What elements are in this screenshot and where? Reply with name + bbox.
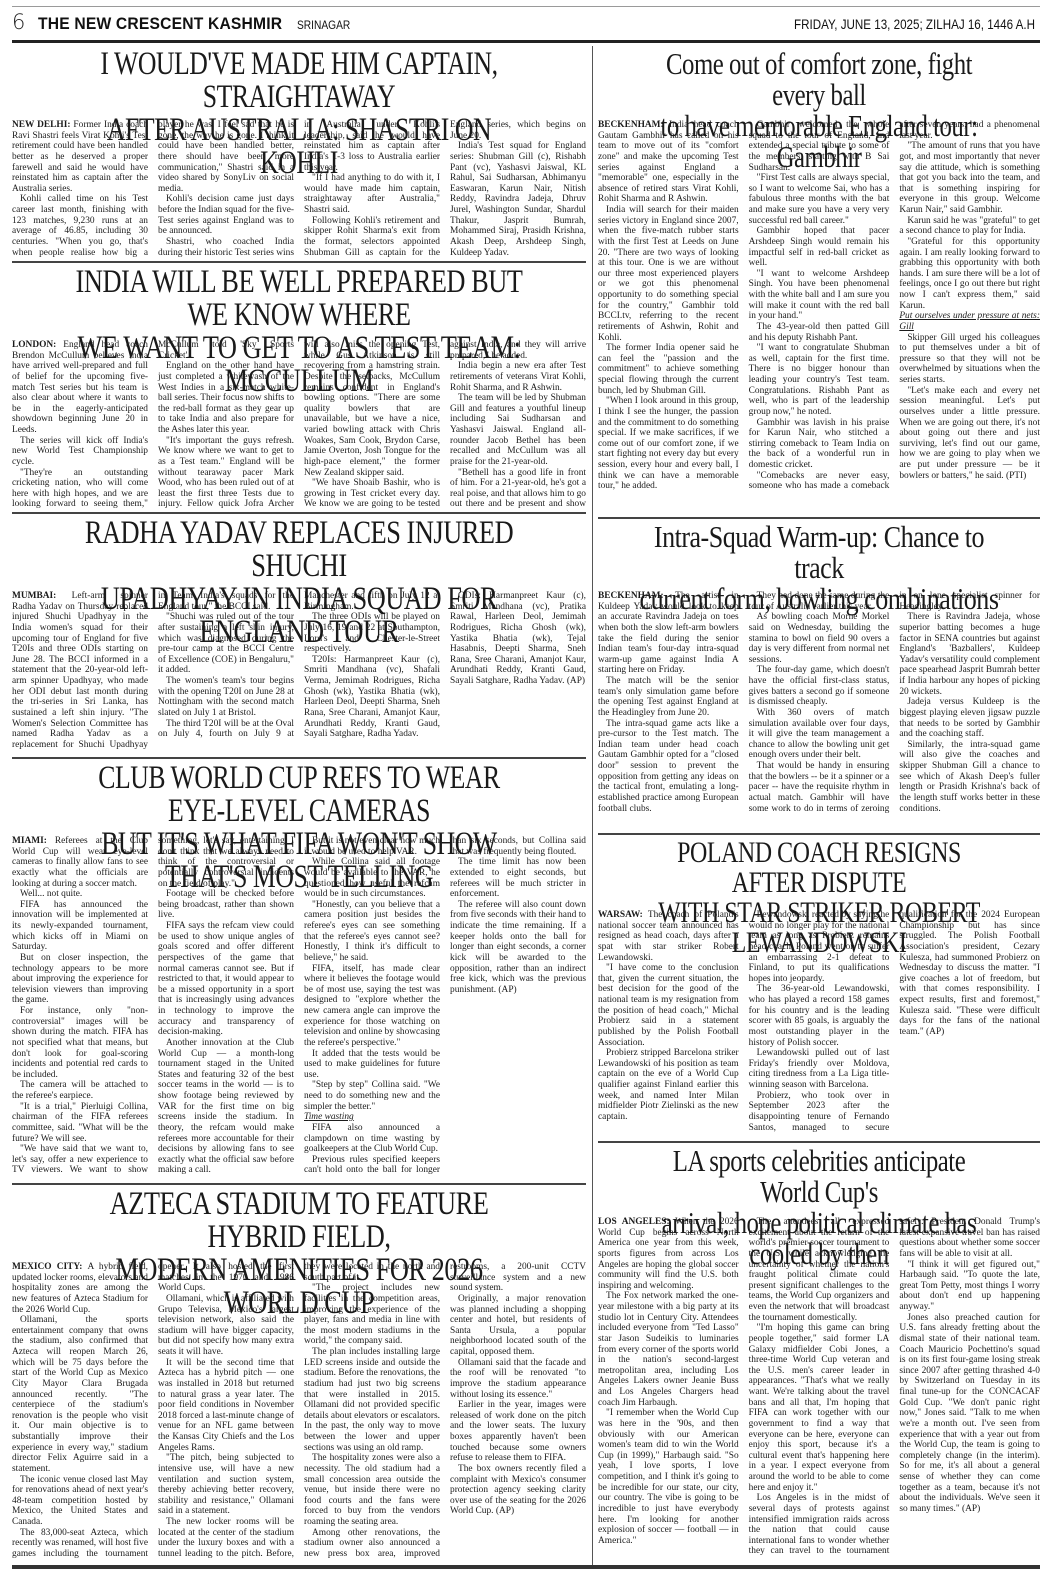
paragraph: Well... not quite. bbox=[12, 889, 148, 900]
article-body: BECKENHAM: India head coach Gautam Gambh… bbox=[598, 120, 1040, 512]
paragraph: There is Ravindra Jadeja, whose superior… bbox=[899, 612, 1040, 697]
issue-date: FRIDAY, JUNE 13, 2025; ZILHAJ 16, 1446 A… bbox=[794, 17, 1040, 32]
headline: India will be well prepared but we know … bbox=[69, 266, 528, 340]
paragraph: Originally, a major renovation was plann… bbox=[450, 1294, 586, 1358]
headline-line-1: India will be well prepared but we know … bbox=[76, 264, 523, 333]
paragraph: "I have come to the conclusion that, giv… bbox=[598, 963, 739, 1048]
paragraph: "The pitch, being subjected to intensive… bbox=[158, 1453, 294, 1517]
paragraph: The women's team's tour begins with the … bbox=[158, 676, 294, 719]
article-shastri-kohli: I would've made him captain, straightawa… bbox=[12, 46, 586, 260]
paper-city: SRINAGAR bbox=[297, 18, 350, 32]
paragraph: Karun said he was "grateful" to get a se… bbox=[899, 216, 1040, 237]
paragraph: Another innovation at the Club World Cup… bbox=[158, 1038, 294, 1176]
paragraph: The 36-year-old Lewandowski, who has pla… bbox=[749, 984, 890, 1048]
paragraph: "Step by step" Collina said. "We need to… bbox=[304, 1080, 440, 1112]
paragraph: For instance, only "non-controversial" i… bbox=[12, 1006, 148, 1080]
headline-line-1: Radha Yadav replaces injured Shuchi bbox=[85, 515, 513, 584]
dateline: NEW DELHI: bbox=[12, 120, 73, 130]
paragraph: Ollamani, the sports entertainment compa… bbox=[12, 1315, 148, 1474]
paragraph: It added that the tests would be used to… bbox=[304, 1049, 440, 1081]
paragraph: But on closer inspection, the technology… bbox=[12, 953, 148, 1006]
paragraph: Lewandowski pulled out of last Friday's … bbox=[749, 1048, 890, 1091]
paragraph: "It is a trial," Pierluigi Collina, chai… bbox=[12, 1102, 148, 1145]
paragraph: India's Test squad for England series: S… bbox=[450, 141, 586, 258]
headline: Radha Yadav replaces injured Shuchi Upad… bbox=[69, 517, 528, 591]
paragraph: "I remember when the World Cup was here … bbox=[598, 1408, 739, 1546]
paragraph: "When I look around in this group, I thi… bbox=[598, 396, 739, 492]
dateline: LONDON: bbox=[12, 340, 63, 350]
paragraph: "I want to welcome Arshdeep Singh. You h… bbox=[749, 269, 890, 322]
headline-line-1: I would've made him captain, straightawa… bbox=[100, 46, 497, 115]
paragraph: Skipper Gill urged his colleagues to put… bbox=[899, 333, 1040, 386]
headline: Club World Cup refs to wear eye-level ca… bbox=[75, 762, 523, 836]
paragraph: The box owners recently filed a complain… bbox=[450, 1464, 586, 1517]
paragraph: FIFA also announced a clampdown on time … bbox=[304, 1123, 440, 1155]
paragraph: India will search for their maiden serie… bbox=[598, 205, 739, 343]
paragraph: "I'm hoping this game can bring people t… bbox=[749, 1323, 890, 1493]
paragraph: The Fox network marked the one-year mile… bbox=[598, 1291, 739, 1408]
article-radha-yadav: Radha Yadav replaces injured Shuchi Upad… bbox=[12, 512, 586, 756]
subheading: Put ourselves under pressure at nets: Gi… bbox=[899, 311, 1040, 332]
paragraph: Ollamani said that the facade and the ro… bbox=[450, 1358, 586, 1401]
article-mccullum: India will be well prepared but we know … bbox=[12, 261, 586, 510]
headline: I would've made him captain, straightawa… bbox=[75, 48, 523, 120]
paragraph: Gambhir hoped that pacer Arshdeep Singh … bbox=[749, 226, 890, 269]
article-azteca-stadium: Azteca Stadium to feature hybrid field, … bbox=[12, 1183, 586, 1563]
paragraph: With 360 overs of match simulation avail… bbox=[749, 708, 890, 761]
paragraph: The camera will be attached to the refer… bbox=[12, 1080, 148, 1101]
dateline: BECKENHAM: bbox=[598, 120, 669, 130]
paragraph: The four-day game, which doesn't have th… bbox=[749, 665, 890, 708]
paragraph: "I think it will get figured out," Harba… bbox=[899, 1260, 1040, 1313]
page-number: 6 bbox=[12, 10, 38, 34]
headline: Poland coach resigns after dispute with … bbox=[642, 838, 996, 910]
paragraph: Similarly, the intra-squad game will als… bbox=[899, 740, 1040, 814]
masthead-rule bbox=[12, 40, 1040, 43]
headline-line-1: Poland coach resigns after dispute bbox=[677, 836, 961, 899]
subheading: Time wasting bbox=[304, 1112, 440, 1123]
column-divider bbox=[592, 46, 593, 1566]
paragraph: "Let's make each and every net session m… bbox=[899, 386, 1040, 482]
paragraph: The team will be led by Shubman Gill and… bbox=[450, 393, 586, 467]
paragraph: "The amount of runs that you have got, a… bbox=[899, 141, 1040, 215]
paragraph: "First Test calls are always special, so… bbox=[749, 173, 890, 226]
headline-line-2: current form, bowling combinations bbox=[640, 581, 999, 616]
article-intra-squad: Intra-Squad Warm-up: Chance to track cur… bbox=[598, 517, 1040, 831]
paragraph: FIFA says the refcam view could be used … bbox=[158, 921, 294, 1038]
paragraph: FIFA has announced the innovation will b… bbox=[12, 900, 148, 953]
paragraph: Gambhir was lavish in his praise for Kar… bbox=[749, 418, 890, 471]
paragraph: The match will be the senior team's only… bbox=[598, 676, 739, 719]
article-la-celebrities: LA sports celebrities anticipate World C… bbox=[598, 1141, 1040, 1563]
paragraph: As bowling coach Morne Morkel said on We… bbox=[749, 612, 890, 665]
dateline: MEXICO CITY: bbox=[12, 1262, 88, 1272]
paragraph: "I want to congratulate Shubman as well,… bbox=[749, 343, 890, 417]
paragraph: The series will kick off India's new Wor… bbox=[12, 436, 148, 468]
headline: LA sports celebrities anticipate World C… bbox=[642, 1145, 996, 1217]
paragraph: The 43-year-old then patted Gill and his… bbox=[749, 322, 890, 343]
top-rule bbox=[12, 6, 1040, 7]
paragraph: "Honestly, can you believe that a camera… bbox=[304, 900, 440, 964]
paragraph: India begin a new era after Test retirem… bbox=[450, 361, 586, 393]
headline-line-1: Club World Cup refs to wear eye-level ca… bbox=[98, 760, 499, 829]
bottom-rule bbox=[12, 1565, 1040, 1569]
paragraph: Earlier in the year, images were release… bbox=[450, 1400, 586, 1464]
paragraph: The time limit has now been extended to … bbox=[450, 857, 586, 900]
paragraph: T20Is: Harmanpreet Kaur (c), Smriti Mand… bbox=[304, 655, 440, 740]
paragraph: Kohli's decision came just days before t… bbox=[158, 194, 294, 237]
paragraph: The referee will also count down from fi… bbox=[450, 900, 586, 996]
dateline: MUMBAI: bbox=[12, 591, 72, 601]
paper-name: THE NEW CRESCENT KASHMIR bbox=[38, 14, 282, 34]
paragraph: The hospitality zones were also a necess… bbox=[304, 1453, 440, 1527]
headline-line-1: Come out of comfort zone, fight every ba… bbox=[666, 46, 972, 112]
headline: Intra-Squad Warm-up: Chance to track cur… bbox=[633, 521, 1004, 591]
dateline: WARSAW: bbox=[598, 910, 648, 920]
article-body: BECKENHAM: The artist in Kuldeep Yadav w… bbox=[598, 591, 1040, 829]
paragraph: FIFA, itself, has made clear where it be… bbox=[304, 964, 440, 1049]
paragraph: "Grateful for this opportunity again. I … bbox=[899, 237, 1040, 311]
headline-line-1: Intra-Squad Warm-up: Chance to track bbox=[654, 519, 984, 585]
paragraph: Jadeja versus Kuldeep is the biggest pla… bbox=[899, 697, 1040, 740]
paragraph: Jones also preached caution for U.S. fan… bbox=[899, 1313, 1040, 1515]
paragraph: Probierz stripped Barcelona striker Lewa… bbox=[598, 1048, 739, 1122]
headline: Come out of comfort zone, fight every ba… bbox=[642, 48, 996, 120]
article-fifa-cameras: Club World Cup refs to wear eye-level ca… bbox=[12, 757, 586, 1182]
headline-line-1: Azteca Stadium to feature hybrid field, bbox=[110, 1186, 489, 1255]
paragraph: The plan includes installing large LED s… bbox=[304, 1347, 440, 1453]
dateline: MIAMI: bbox=[12, 836, 55, 846]
paragraph: It will be the second time that Azteca h… bbox=[158, 1358, 294, 1454]
article-poland-coach: Poland coach resigns after dispute with … bbox=[598, 833, 1040, 1140]
paragraph: The former India opener said he can feel… bbox=[598, 343, 739, 396]
masthead: 6 THE NEW CRESCENT KASHMIR SRINAGAR FRID… bbox=[12, 10, 1040, 38]
article-gambhir: Come out of comfort zone, fight every ba… bbox=[598, 46, 1040, 516]
headline: Azteca Stadium to feature hybrid field, … bbox=[69, 1188, 528, 1262]
paragraph: The intra-squad game acts like a pre-cur… bbox=[598, 719, 739, 815]
headline-line-1: LA sports celebrities anticipate World C… bbox=[673, 1143, 965, 1209]
paragraph: The iconic venue closed last May for ren… bbox=[12, 1475, 148, 1528]
